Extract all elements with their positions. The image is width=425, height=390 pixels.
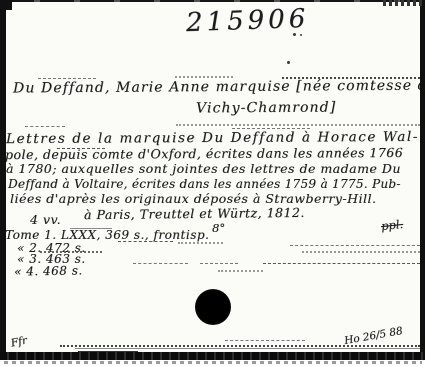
title-line: Deffand à Voltaire, écrites dans les ann… — [8, 178, 401, 191]
ink-speck — [300, 34, 302, 36]
smudge-line — [232, 128, 310, 129]
smudge-line — [40, 251, 102, 253]
smudge-line — [200, 263, 238, 264]
title-line: à 1780; auxquelles sont jointes des lett… — [6, 162, 401, 176]
smudge-line — [133, 263, 188, 264]
smudge-line — [60, 345, 420, 347]
collation-line: « 4. 468 s. — [14, 264, 83, 278]
extent: 4 vv. — [30, 213, 61, 227]
format-statement: 8° — [212, 222, 225, 235]
smudge-line — [25, 126, 65, 127]
smudge-line — [290, 245, 420, 246]
ink-speck — [293, 33, 296, 36]
scan-corner-top-left — [0, 0, 12, 10]
smudge-line — [263, 263, 420, 264]
smudge-line — [70, 228, 112, 229]
title-line: liées d'après les originaux déposés à St… — [10, 192, 376, 206]
librarian-initials: Ffr — [10, 335, 28, 350]
smudge-line — [218, 270, 263, 272]
scanned-catalog-card-page: 215906 Du Deffand, Marie Anne marquise [… — [0, 0, 425, 390]
scan-edge-top — [0, 0, 425, 2]
smudge-line — [225, 340, 305, 341]
scan-shadow-line — [4, 361, 422, 364]
scan-edge-right — [420, 0, 425, 353]
catalog-card: 215906 Du Deffand, Marie Anne marquise [… — [0, 0, 425, 362]
smudge-line — [57, 148, 105, 149]
heading-line-1: Du Deffand, Marie Anne marquise [née com… — [13, 79, 425, 97]
smudge-line — [176, 124, 420, 126]
ink-speck — [287, 61, 290, 64]
scan-edge-left — [0, 0, 6, 357]
smudge-line — [302, 251, 420, 253]
smudge-line — [75, 348, 420, 349]
scan-edge-bottom — [0, 352, 425, 360]
smudge-line — [118, 241, 173, 242]
note-right: ppl. — [380, 218, 403, 233]
smudge-line — [178, 242, 223, 244]
accession-number: 215906 — [186, 5, 310, 38]
heading-line-2: Vichy-Chamrond] — [196, 101, 336, 117]
imprint: à Paris, Treuttel et Würtz, 1812. — [84, 206, 305, 222]
punch-hole — [195, 289, 231, 325]
smudge-line — [38, 78, 96, 79]
smudge-line — [282, 77, 420, 79]
scan-corner-top-right — [383, 0, 425, 6]
smudge-line — [175, 76, 233, 78]
